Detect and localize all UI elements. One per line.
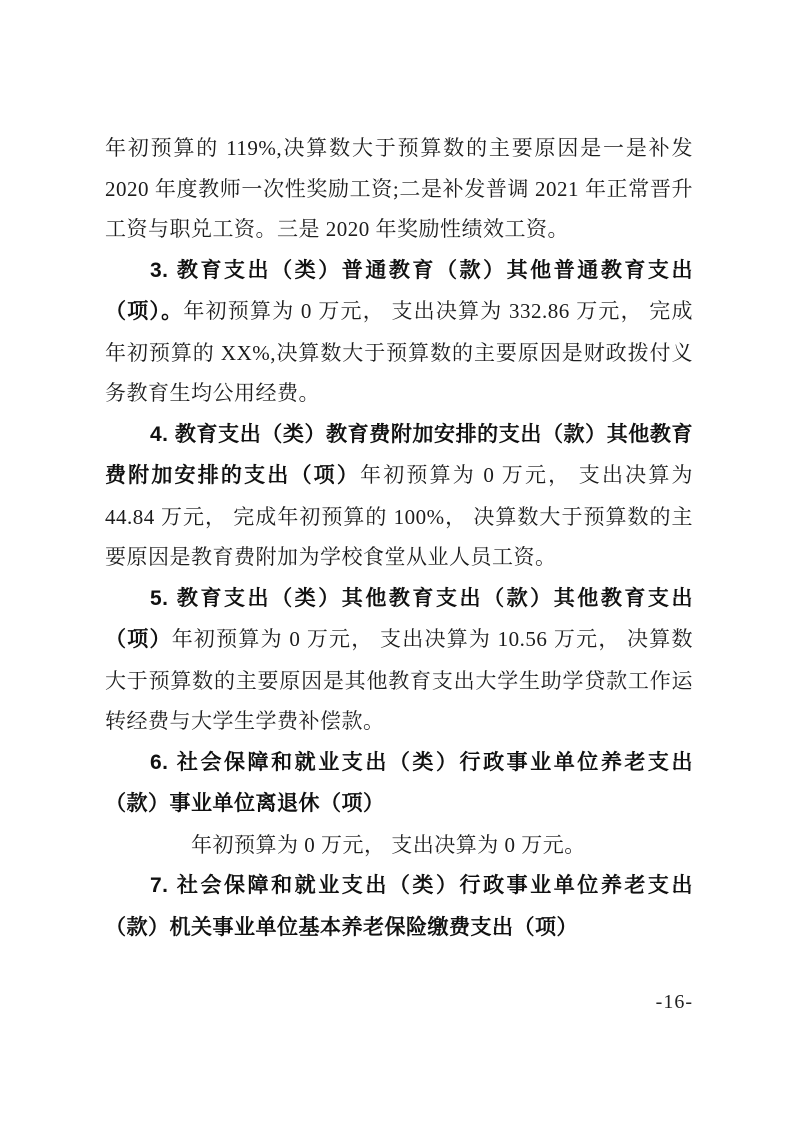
paragraph-continuation: 年初预算的 119%,决算数大于预算数的主要原因是一是补发 2020 年度教师一… — [105, 128, 693, 250]
section-6-body-paragraph: 年初预算为 0 万元， 支出决算为 0 万元。 — [105, 825, 693, 866]
section-6-heading: 6. 社会保障和就业支出（类）行政事业单位养老支出（款）事业单位离退休（项） — [105, 751, 693, 816]
section-7: 7. 社会保障和就业支出（类）行政事业单位养老支出（款）机关事业单位基本养老保险… — [105, 865, 693, 948]
section-5: 5. 教育支出（类）其他教育支出（款）其他教育支出（项）年初预算为 0 万元， … — [105, 578, 693, 742]
section-3-body: 年初预算为 0 万元， 支出决算为 332.86 万元， 完成年初预算的 XX%… — [105, 299, 693, 405]
section-6: 6. 社会保障和就业支出（类）行政事业单位养老支出（款）事业单位离退休（项） — [105, 742, 693, 825]
section-3: 3. 教育支出（类）普通教育（款）其他普通教育支出（项）。年初预算为 0 万元，… — [105, 250, 693, 414]
section-4: 4. 教育支出（类）教育费附加安排的支出（款）其他教育费附加安排的支出（项）年初… — [105, 414, 693, 578]
section-5-body: 年初预算为 0 万元， 支出决算为 10.56 万元， 决算数大于预算数的主要原… — [105, 627, 693, 733]
document-content: 年初预算的 119%,决算数大于预算数的主要原因是一是补发 2020 年度教师一… — [105, 128, 693, 948]
page-number: -16- — [656, 991, 693, 1014]
section-7-heading: 7. 社会保障和就业支出（类）行政事业单位养老支出（款）机关事业单位基本养老保险… — [105, 874, 693, 939]
document-page: 年初预算的 119%,决算数大于预算数的主要原因是一是补发 2020 年度教师一… — [0, 0, 793, 1122]
